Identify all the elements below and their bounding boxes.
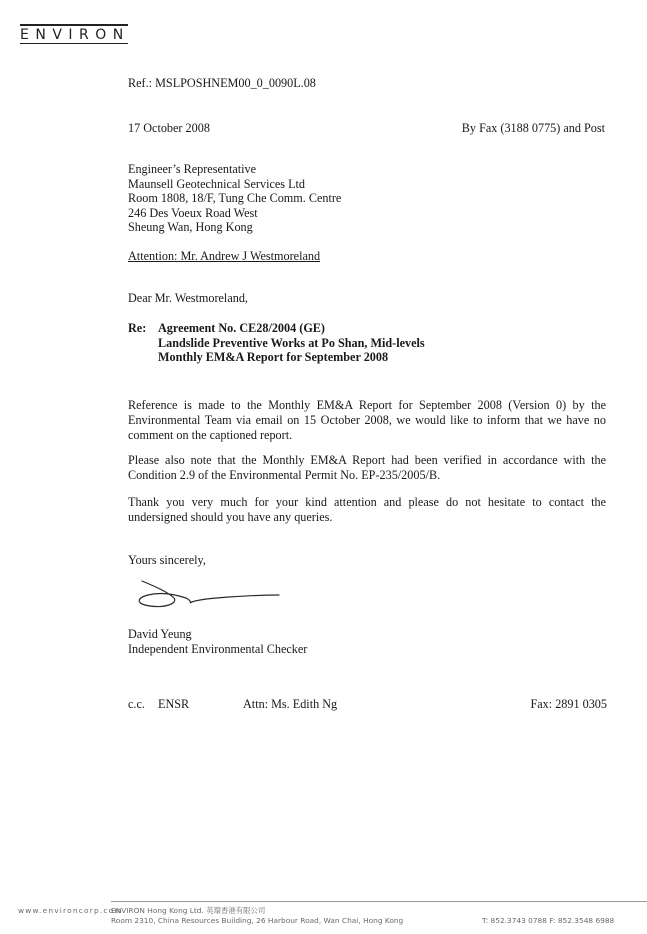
letter-date: 17 October 2008 [128,121,210,136]
body-paragraph: Please also note that the Monthly EM&A R… [128,453,606,483]
subject-line: Monthly EM&A Report for September 2008 [158,350,425,365]
footer-phone: T: 852.3743 0788 F: 852.3548 6988 [482,916,614,926]
address-line: Engineer’s Representative [128,162,341,177]
closing: Yours sincerely, [128,553,206,568]
recipient-address: Engineer’s Representative Maunsell Geote… [128,162,341,235]
address-line: Sheung Wan, Hong Kong [128,220,341,235]
address-line: Room 1808, 18/F, Tung Che Comm. Centre [128,191,341,206]
signer-name: David Yeung [128,627,307,642]
footer-address: Room 2310, China Resources Building, 26 … [111,916,403,926]
reference-number: Ref.: MSLPOSHNEM00_0_0090L.08 [128,76,316,91]
signer-block: David Yeung Independent Environmental Ch… [128,627,307,656]
signature-icon [134,578,284,616]
subject-line: Agreement No. CE28/2004 (GE) [158,321,425,336]
cc-fax: Fax: 2891 0305 [530,697,607,712]
cc-label: c.c. [128,697,145,712]
attention-line: Attention: Mr. Andrew J Westmoreland [128,249,320,264]
delivery-method: By Fax (3188 0775) and Post [462,121,605,136]
address-line: Maunsell Geotechnical Services Ltd [128,177,341,192]
address-line: 246 Des Voeux Road West [128,206,341,221]
body-paragraph: Reference is made to the Monthly EM&A Re… [128,398,606,442]
subject-line: Landslide Preventive Works at Po Shan, M… [158,336,425,351]
subject-label: Re: [128,321,146,336]
signer-title: Independent Environmental Checker [128,642,307,657]
cc-organization: ENSR [158,697,189,712]
cc-attention: Attn: Ms. Edith Ng [243,697,337,712]
salutation: Dear Mr. Westmoreland, [128,291,248,306]
footer-website[interactable]: www.environcorp.com [18,906,123,916]
environ-logo: ENVIRON [20,24,128,44]
footer-divider [111,901,647,902]
body-paragraph: Thank you very much for your kind attent… [128,495,606,525]
footer-company: ENVIRON Hong Kong Ltd. 英環香港有限公司 [111,906,265,916]
